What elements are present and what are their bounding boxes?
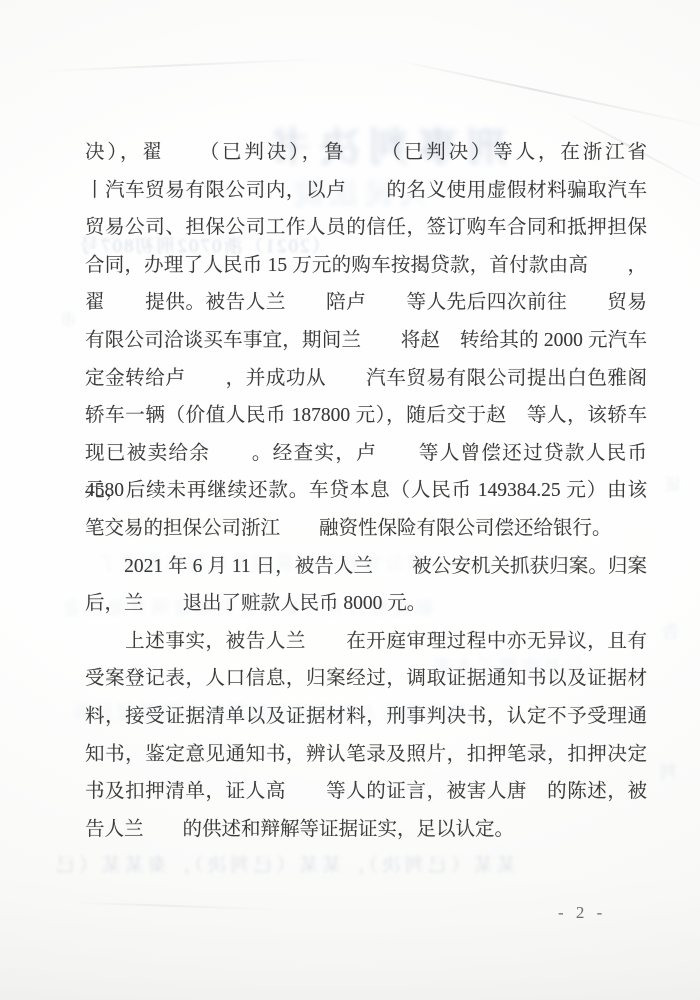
judgment-text-line: 贸易公司、担保公司工作人员的信任，签订购车合同和抵押担保 bbox=[85, 209, 647, 247]
bleedthrough-fragment: 证 bbox=[664, 470, 681, 495]
judgment-text-line: 告人兰 的供述和辩解等证据证实，足以认定。 bbox=[85, 811, 647, 849]
scanned-judgment-page: 刑事判决书 人民法院 （2021）浙0702刑初807号 被公安机关抓获归案后如… bbox=[0, 0, 700, 1000]
crease-mark bbox=[388, 58, 700, 129]
judgment-text-line: 笔交易的担保公司浙江 融资性保险有限公司偿还给银行。 bbox=[85, 510, 647, 548]
judgment-text-line: 后，兰 退出了赃款人民币 8000 元。 bbox=[85, 585, 647, 623]
judgment-text-line: 知书，鉴定意见通知书，辨认笔录及照片，扣押笔录，扣押决定 bbox=[85, 736, 647, 774]
bleedthrough-fragment: 告 bbox=[662, 618, 679, 643]
judgment-text-line: 现已被卖给余 。经查实，卢 等人曾偿还过贷款人民币 4580 bbox=[85, 435, 647, 473]
judgment-text-line: 决），翟 （已判决），鲁 （已判决）等人，在浙江省 bbox=[85, 134, 647, 172]
judgment-body: 决），翟 （已判决），鲁 （已判决）等人，在浙江省 丨汽车贸易有限公司内，以卢 … bbox=[85, 134, 647, 848]
crease-mark bbox=[70, 901, 280, 910]
judgment-text-line: 元，后续未再继续还款。车贷本息（人民币 149384.25 元）由该 bbox=[85, 472, 647, 510]
bleedthrough-fragment: 判 bbox=[660, 758, 677, 783]
judgment-text-line: 料，接受证据清单以及证据材料，刑事判决书，认定不予受理通 bbox=[85, 698, 647, 736]
judgment-text-line: 受案登记表，人口信息，归案经过，调取证据通知书以及证据材 bbox=[85, 660, 647, 698]
judgment-text-line: 有限公司洽谈买车事宜，期间兰 将赵 转给其的 2000 元汽车 bbox=[85, 322, 647, 360]
judgment-text-line: 合同，办理了人民币 15 万元的购车按揭贷款，首付款由高 ， bbox=[85, 247, 647, 285]
judgment-text-line: 翟 提供。被告人兰 陪卢 等人先后四次前往 贸易 bbox=[85, 284, 647, 322]
judgment-text-line: 定金转给卢 ，并成功从 汽车贸易有限公司提出白色雅阁 bbox=[85, 360, 647, 398]
judgment-text-line: 上述事实，被告人兰 在开庭审理过程中亦无异议，且有 bbox=[85, 623, 647, 661]
page-number: - 2 - bbox=[558, 903, 606, 923]
judgment-text-line: 丨汽车贸易有限公司内，以卢 的名义使用虚假材料骗取汽车 bbox=[85, 172, 647, 210]
bleedthrough-bottom-line: 某某（已判决），某某（已判决），秦某某（已 bbox=[52, 850, 516, 877]
crease-mark bbox=[40, 58, 330, 73]
bleedthrough-fragment: 市 bbox=[60, 306, 77, 331]
judgment-text-line: 2021 年 6 月 11 日，被告人兰 被公安机关抓获归案。归案 bbox=[85, 548, 647, 586]
judgment-text-line: 书及扣押清单，证人高 等人的证言，被害人唐 的陈述，被 bbox=[85, 773, 647, 811]
judgment-text-line: 轿车一辆（价值人民币 187800 元），随后交于赵 等人，该轿车 bbox=[85, 397, 647, 435]
